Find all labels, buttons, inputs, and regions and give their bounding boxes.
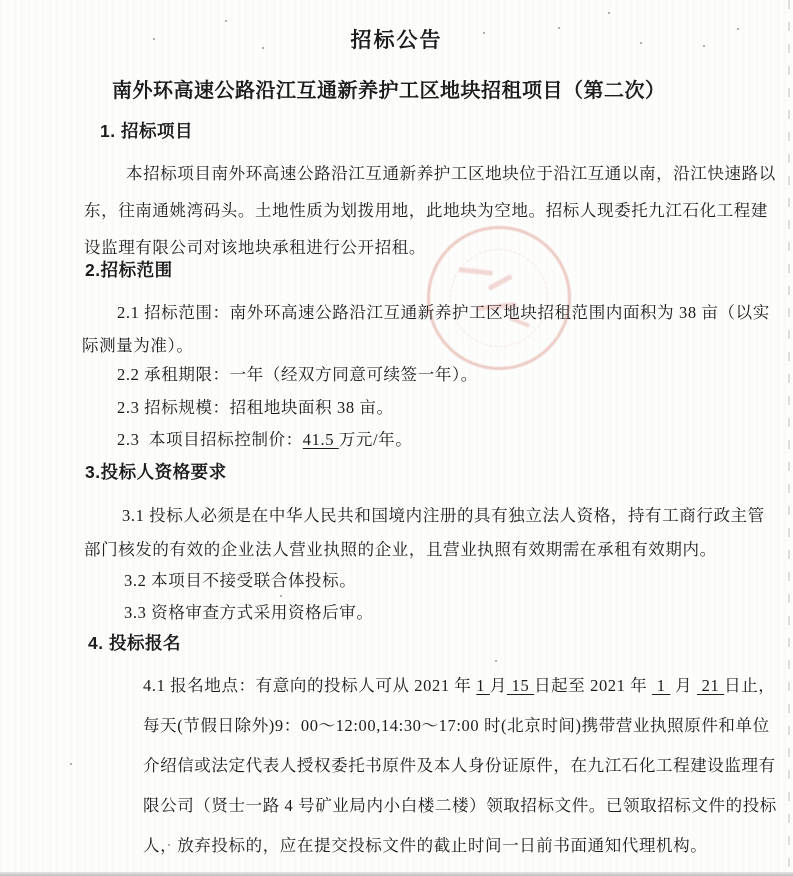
scanned-document-page: 招标公告 南外环高速公路沿江互通新养护工区地块招租项目（第二次） 1. 招标项目…	[0, 0, 793, 876]
section4-item-4-1-line: 4.1 报名地点：有意向的投标人可从 2021 年 1 月 15 日起至 202…	[143, 672, 775, 696]
scan-speckle	[495, 660, 497, 662]
section2-heading: 2.招标范围	[85, 257, 173, 282]
registration-text: 4.1 报名地点：有意向的投标人可从 2021 年	[143, 676, 476, 695]
doc-subtitle: 南外环高速公路沿江互通新养护工区地块招租项目（第二次）	[112, 74, 666, 103]
registration-text: 日起至 2021 年	[534, 676, 652, 695]
scan-speckle	[280, 595, 282, 597]
section2-item-2-3a: 2.3 招标规模：招租地块面积 38 亩。	[117, 394, 394, 418]
scan-speckle	[70, 763, 72, 765]
section1-paragraph-line: 设监理有限公司对该地块承租进行公开招租。	[84, 234, 426, 258]
scan-edge-right	[788, 0, 790, 876]
start-day-value: 15	[507, 676, 534, 695]
control-price-unit: 万元/年。	[339, 430, 413, 449]
registration-text: 日止，	[724, 676, 775, 695]
scan-speckle	[262, 47, 264, 49]
scan-speckle	[703, 45, 705, 47]
stamp-glyph-fragment	[458, 267, 492, 276]
control-price-value: 41.5	[303, 430, 339, 449]
section3-item-3-1-line: 部门核发的有效的企业法人营业执照的企业，且营业执照有效期需在承租有效期内。	[84, 536, 717, 560]
doc-title: 招标公告	[0, 24, 793, 54]
section3-heading: 3.投标人资格要求	[85, 459, 227, 484]
registration-text: 月	[490, 676, 507, 695]
section4-heading: 4. 投标报名	[88, 630, 181, 655]
scan-edge-bottom	[0, 872, 793, 876]
section2-item-2-1-line: 际测量为准）。	[82, 332, 193, 356]
scan-speckle	[168, 844, 170, 846]
section1-paragraph-line: 东，往南通姚湾码头。土地性质为划拨用地，此地块为空地。招标人现委托九江石化工程建	[84, 197, 768, 221]
start-month-value: 1	[476, 676, 490, 695]
scan-speckle	[737, 28, 739, 30]
section3-item-3-3: 3.3 资格审查方式采用资格后审。	[124, 599, 373, 623]
scan-speckle	[153, 38, 155, 40]
section4-item-4-1-line: 人，放弃投标的，应在提交投标文件的截止时间一日前书面通知代理机构。	[143, 832, 707, 856]
scan-speckle	[640, 42, 642, 44]
section2-item-2-3b: 2.3 本项目招标控制价：41.5 万元/年。	[117, 426, 412, 450]
scan-speckle	[608, 12, 610, 14]
section3-item-3-2: 3.2 本项目不接受联合体投标。	[124, 567, 356, 591]
section4-item-4-1-line: 限公司（贤士一路 4 号矿业局内小白楼二楼）领取招标文件。已领取招标文件的投标	[143, 792, 777, 816]
section2-item-2-2: 2.2 承租期限：一年（经双方同意可续签一年）。	[117, 361, 478, 385]
stamp-glyph-fragment	[488, 274, 513, 291]
scan-speckle	[225, 20, 227, 22]
section1-paragraph-line: 本招标项目南外环高速公路沿江互通新养护工区地块位于沿江互通以南，沿江快速路以	[126, 160, 776, 184]
scan-speckle	[483, 32, 485, 34]
section4-item-4-1-line: 每天(节假日除外)9：00～12:00,14:30～17:00 时(北京时间)携…	[143, 712, 770, 736]
section4-item-4-1-line: 介绍信或法定代表人授权委托书原件及本人身份证原件，在九江石化工程建设监理有	[143, 752, 776, 776]
registration-text: 月	[670, 676, 697, 695]
control-price-label: 2.3 本项目招标控制价：	[117, 430, 303, 449]
end-month-value: 1	[652, 676, 670, 695]
section1-heading: 1. 招标项目	[100, 118, 193, 143]
end-day-value: 21	[697, 676, 724, 695]
section3-item-3-1-line: 3.1 投标人必须是在中华人民共和国境内注册的具有独立法人资格，持有工商行政主管	[122, 502, 765, 526]
scan-speckle	[558, 27, 560, 29]
section2-item-2-1-line: 2.1 招标范围：南外环高速公路沿江互通新养护工区地块招租范围内面积为 38 亩…	[117, 299, 770, 323]
